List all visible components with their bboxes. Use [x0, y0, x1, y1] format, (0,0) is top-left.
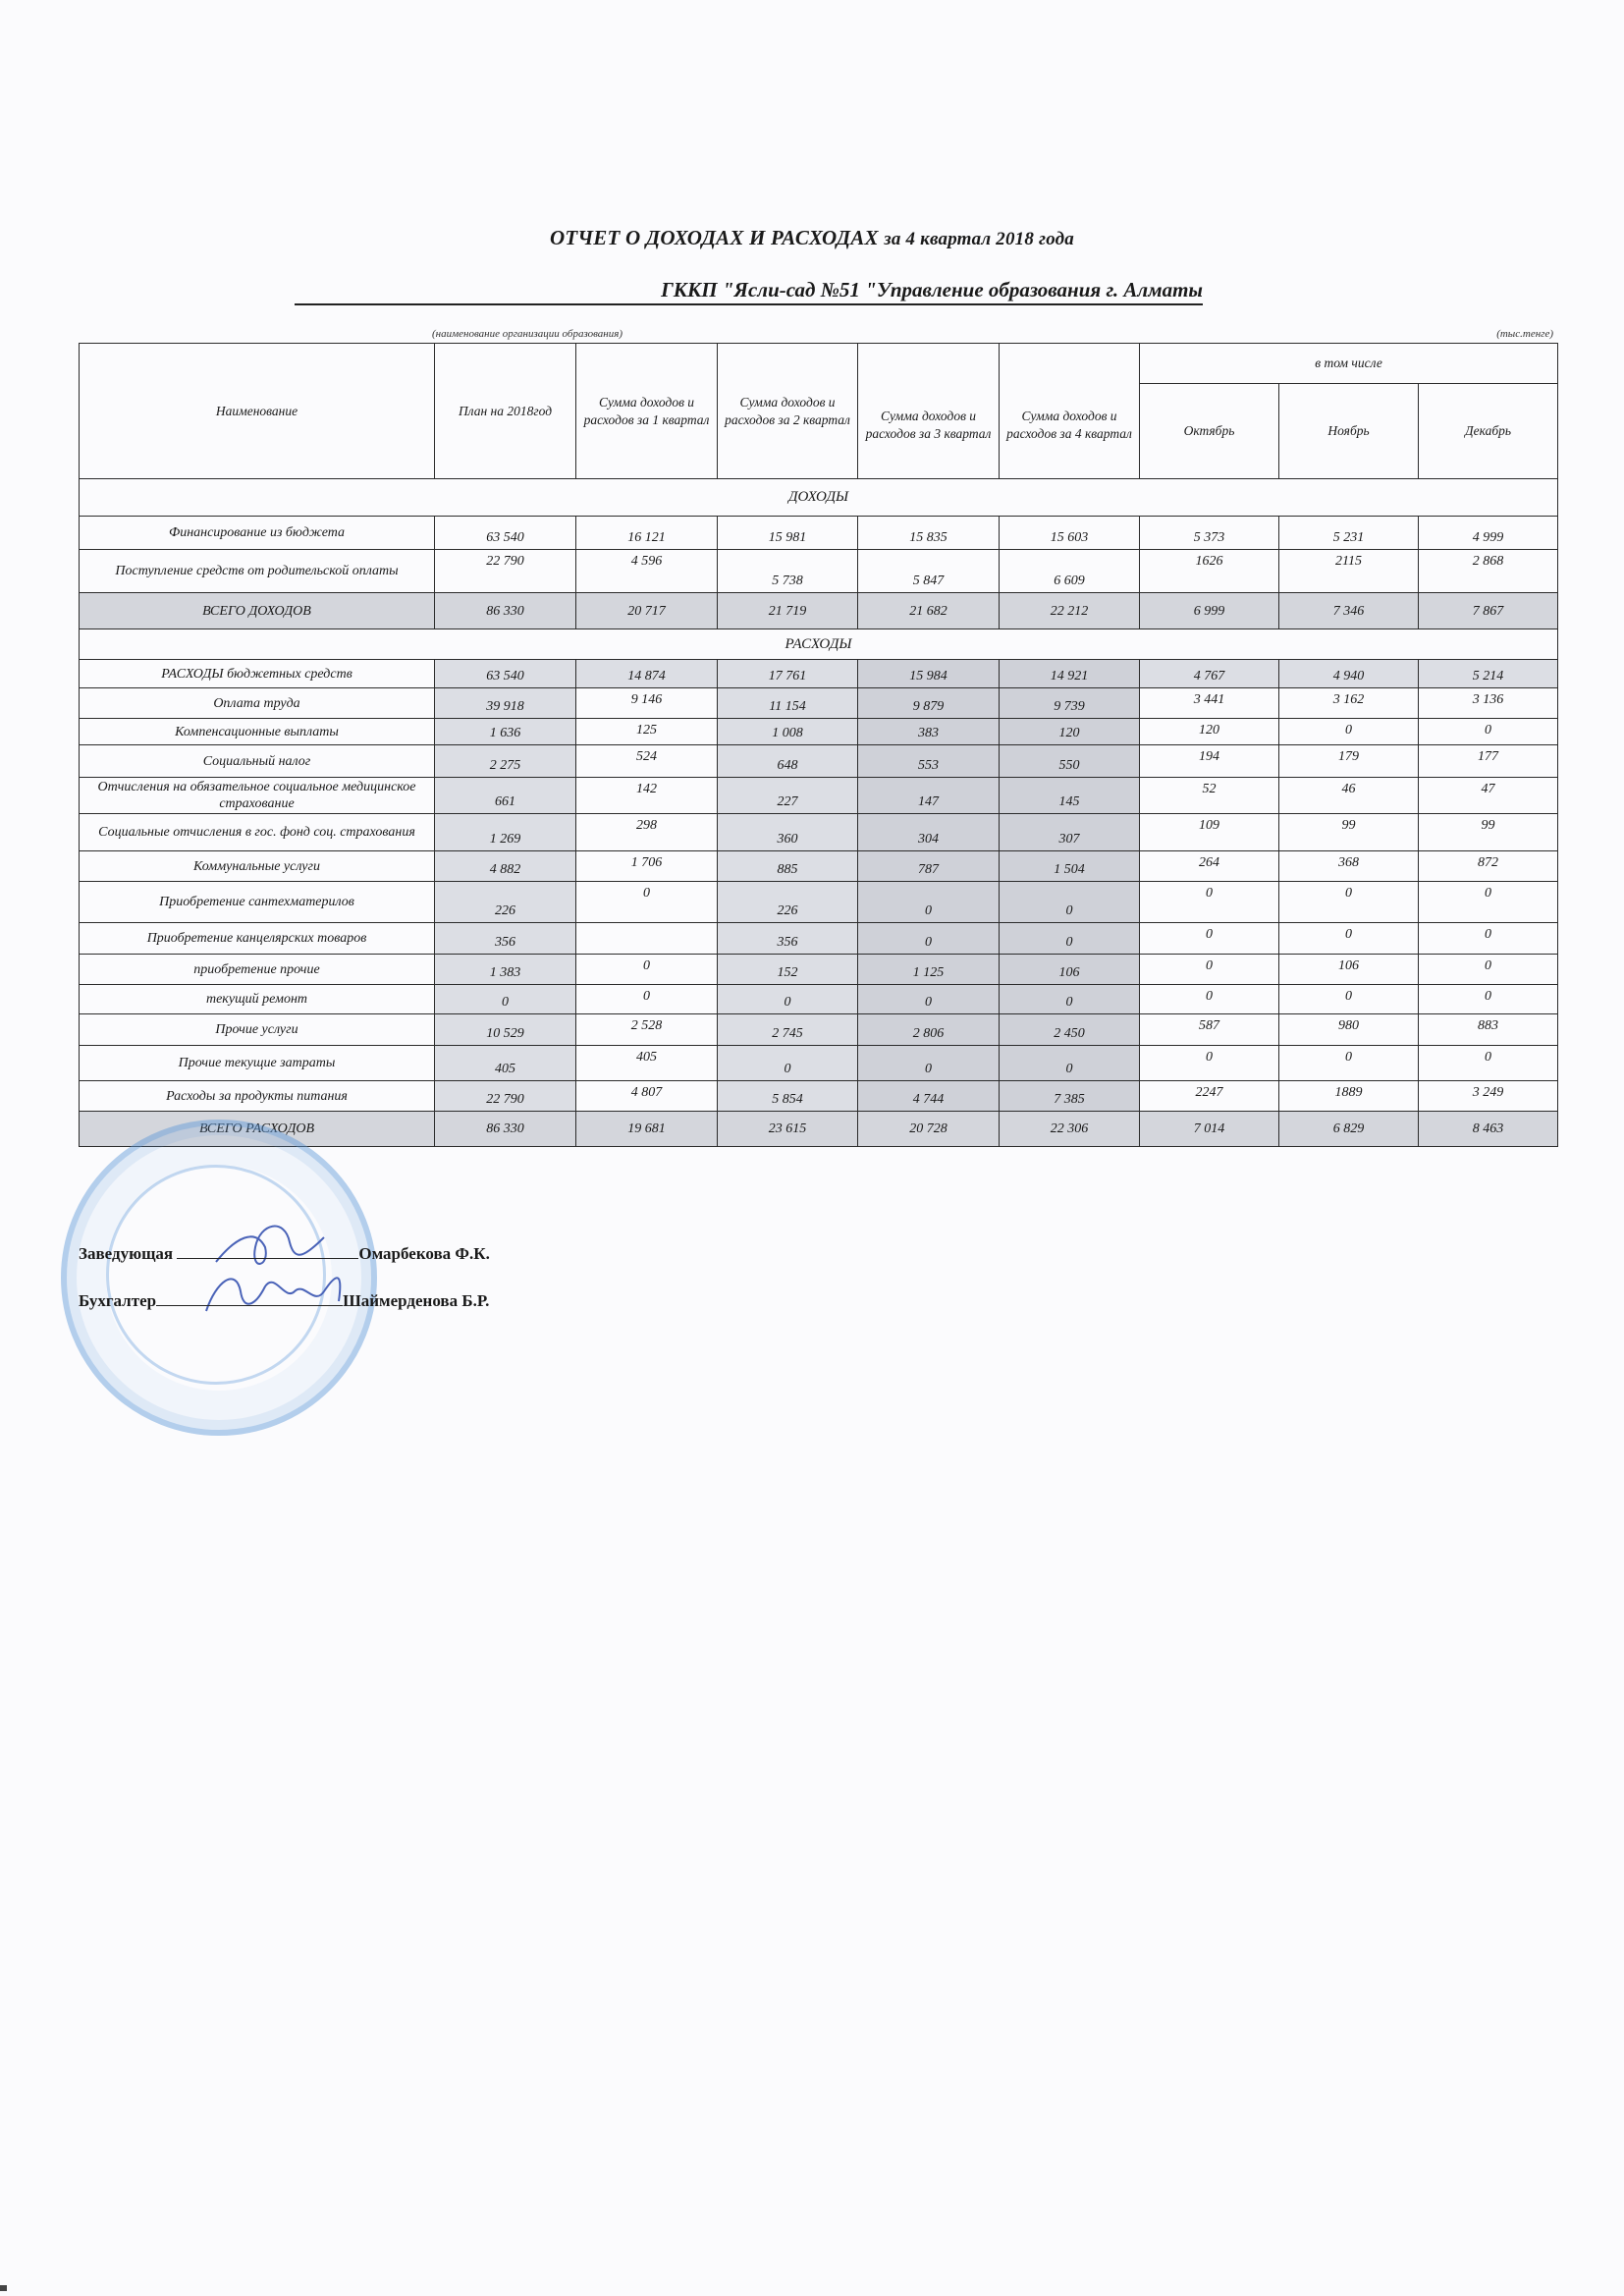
expense-row: Компенсационные выплаты1 6361251 0083831…: [80, 719, 1558, 745]
row-value: 1 008: [718, 719, 858, 745]
row-value: 1 125: [858, 955, 1000, 985]
row-value: 8 463: [1419, 1112, 1558, 1147]
row-value: 20 717: [576, 593, 718, 629]
row-value: 46: [1279, 778, 1419, 814]
row-value: 16 121: [576, 517, 718, 550]
row-value: 179: [1279, 745, 1419, 778]
row-value: 0: [858, 985, 1000, 1014]
organization-caption: (наименование организации образования): [432, 328, 623, 340]
row-value: 86 330: [435, 1112, 576, 1147]
row-value: 3 136: [1419, 688, 1558, 719]
row-value: 0: [718, 985, 858, 1014]
row-name: ВСЕГО РАСХОДОВ: [80, 1112, 435, 1147]
expense-row: Социальный налог2 2755246485535501941791…: [80, 745, 1558, 778]
row-value: 1626: [1140, 550, 1279, 593]
row-name: Компенсационные выплаты: [80, 719, 435, 745]
row-value: 1 636: [435, 719, 576, 745]
row-value: 980: [1279, 1014, 1419, 1046]
row-value: 23 615: [718, 1112, 858, 1147]
header-q1: Сумма доходов и расходов за 1 квартал: [576, 344, 718, 479]
row-value: 7 346: [1279, 593, 1419, 629]
row-value: 7 867: [1419, 593, 1558, 629]
header-name: Наименование: [80, 344, 435, 479]
row-value: 22 790: [435, 550, 576, 593]
row-value: 787: [858, 851, 1000, 882]
row-value: 4 807: [576, 1081, 718, 1112]
row-name: Прочие услуги: [80, 1014, 435, 1046]
row-value: 872: [1419, 851, 1558, 882]
row-name: Отчисления на обязательное социальное ме…: [80, 778, 435, 814]
row-value: 0: [1279, 923, 1419, 955]
expense-section-header-label: РАСХОДЫ: [80, 629, 1558, 660]
row-value: 5 738: [718, 550, 858, 593]
row-value: 0: [1419, 955, 1558, 985]
row-value: 5 854: [718, 1081, 858, 1112]
row-value: 63 540: [435, 517, 576, 550]
row-value: 524: [576, 745, 718, 778]
row-value: 3 249: [1419, 1081, 1558, 1112]
expense-row: текущий ремонт00000000: [80, 985, 1558, 1014]
row-value: 0: [1140, 923, 1279, 955]
row-value: 21 719: [718, 593, 858, 629]
row-name: приобретение прочие: [80, 955, 435, 985]
row-value: 6 999: [1140, 593, 1279, 629]
expense-row: Отчисления на обязательное социальное ме…: [80, 778, 1558, 814]
row-value: 9 879: [858, 688, 1000, 719]
round-seal-stamp-icon: [61, 1120, 377, 1436]
row-value: 648: [718, 745, 858, 778]
header-october: Октябрь: [1140, 384, 1279, 479]
row-value: 86 330: [435, 593, 576, 629]
row-value: 109: [1140, 814, 1279, 851]
row-value: 227: [718, 778, 858, 814]
expense-row: Приобретение канцелярских товаров3563560…: [80, 923, 1558, 955]
row-value: 405: [576, 1046, 718, 1081]
row-value: 15 835: [858, 517, 1000, 550]
income-section-header-label: ДОХОДЫ: [80, 479, 1558, 517]
row-value: 661: [435, 778, 576, 814]
row-value: 4 940: [1279, 660, 1419, 688]
row-value: 6 609: [1000, 550, 1140, 593]
row-value: 145: [1000, 778, 1140, 814]
row-value: 553: [858, 745, 1000, 778]
row-value: 0: [1000, 882, 1140, 923]
row-value: 2 275: [435, 745, 576, 778]
expense-row: Оплата труда39 9189 14611 1549 8799 7393…: [80, 688, 1558, 719]
income-section-header: ДОХОДЫ: [80, 479, 1558, 517]
row-value: 885: [718, 851, 858, 882]
row-value: 0: [858, 923, 1000, 955]
row-value: 360: [718, 814, 858, 851]
row-value: 47: [1419, 778, 1558, 814]
row-name: Прочие текущие затраты: [80, 1046, 435, 1081]
row-value: 106: [1000, 955, 1140, 985]
row-value: 0: [858, 882, 1000, 923]
row-value: 264: [1140, 851, 1279, 882]
header-q3: Сумма доходов и расходов за 3 квартал: [858, 344, 1000, 479]
row-value: 147: [858, 778, 1000, 814]
units-label: (тыс.тенге): [1496, 328, 1553, 340]
header-q4: Сумма доходов и расходов за 4 квартал: [1000, 344, 1140, 479]
row-value: 6 829: [1279, 1112, 1419, 1147]
row-value: 883: [1419, 1014, 1558, 1046]
row-value: 4 767: [1140, 660, 1279, 688]
income-row: Финансирование из бюджета63 54016 12115 …: [80, 517, 1558, 550]
row-value: 2 745: [718, 1014, 858, 1046]
row-name: Социальные отчисления в гос. фонд соц. с…: [80, 814, 435, 851]
row-value: 20 728: [858, 1112, 1000, 1147]
director-name: Омарбекова Ф.К.: [358, 1244, 489, 1263]
row-value: 22 212: [1000, 593, 1140, 629]
row-value: 0: [1419, 1046, 1558, 1081]
row-value: 52: [1140, 778, 1279, 814]
row-value: 142: [576, 778, 718, 814]
director-signature-line: Заведующая Омарбекова Ф.К.: [79, 1240, 490, 1264]
row-name: Поступление средств от родительской опла…: [80, 550, 435, 593]
report-title-text: ОТЧЕТ О ДОХОДАХ И РАСХОДАХ: [550, 226, 879, 249]
expense-row: Приобретение сантехматерилов226022600000: [80, 882, 1558, 923]
header-q2: Сумма доходов и расходов за 2 квартал: [718, 344, 858, 479]
organization-name: ГККП "Ясли-сад №51 "Управление образован…: [295, 278, 1203, 305]
expense-row: Коммунальные услуги4 8821 7068857871 504…: [80, 851, 1558, 882]
row-value: 2247: [1140, 1081, 1279, 1112]
row-value: 0: [576, 882, 718, 923]
row-value: 1889: [1279, 1081, 1419, 1112]
row-value: 5 231: [1279, 517, 1419, 550]
row-name: Приобретение сантехматерилов: [80, 882, 435, 923]
row-value: 383: [858, 719, 1000, 745]
expense-row: приобретение прочие1 38301521 1251060106…: [80, 955, 1558, 985]
row-value: 550: [1000, 745, 1140, 778]
row-value: 298: [576, 814, 718, 851]
row-value: 0: [1000, 985, 1140, 1014]
row-value: 11 154: [718, 688, 858, 719]
accountant-name: Шаймерденова Б.Р.: [343, 1291, 489, 1310]
accountant-role: Бухгалтер: [79, 1291, 156, 1310]
row-value: 2 528: [576, 1014, 718, 1046]
row-value: 2 806: [858, 1014, 1000, 1046]
header-november: Ноябрь: [1279, 384, 1419, 479]
row-value: 120: [1000, 719, 1140, 745]
row-value: 356: [435, 923, 576, 955]
row-value: 15 603: [1000, 517, 1140, 550]
row-value: 0: [718, 1046, 858, 1081]
row-value: 356: [718, 923, 858, 955]
row-value: 0: [1279, 985, 1419, 1014]
row-value: 368: [1279, 851, 1419, 882]
row-value: 63 540: [435, 660, 576, 688]
row-name: Финансирование из бюджета: [80, 517, 435, 550]
expense-row: Расходы за продукты питания22 7904 8075 …: [80, 1081, 1558, 1112]
row-value: 1 269: [435, 814, 576, 851]
row-value: 22 306: [1000, 1112, 1140, 1147]
row-value: 0: [1419, 923, 1558, 955]
row-value: 0: [1000, 1046, 1140, 1081]
row-value: 4 596: [576, 550, 718, 593]
row-value: 3 441: [1140, 688, 1279, 719]
income-row: Поступление средств от родительской опла…: [80, 550, 1558, 593]
row-value: 99: [1419, 814, 1558, 851]
row-value: 15 981: [718, 517, 858, 550]
scan-edge-mark: [0, 2285, 7, 2291]
row-value: 587: [1140, 1014, 1279, 1046]
row-value: 120: [1140, 719, 1279, 745]
row-value: 1 504: [1000, 851, 1140, 882]
row-value: 0: [435, 985, 576, 1014]
row-value: 2 450: [1000, 1014, 1140, 1046]
row-value: 405: [435, 1046, 576, 1081]
row-value: 2 868: [1419, 550, 1558, 593]
row-value: 304: [858, 814, 1000, 851]
row-name: ВСЕГО ДОХОДОВ: [80, 593, 435, 629]
row-value: 1 383: [435, 955, 576, 985]
row-value: 0: [1419, 882, 1558, 923]
report-title: ОТЧЕТ О ДОХОДАХ И РАСХОДАХ за 4 квартал …: [0, 226, 1624, 250]
row-name: РАСХОДЫ бюджетных средств: [80, 660, 435, 688]
row-value: 0: [1140, 1046, 1279, 1081]
row-value: 0: [1419, 719, 1558, 745]
row-value: 5 214: [1419, 660, 1558, 688]
row-value: 19 681: [576, 1112, 718, 1147]
row-value: 15 984: [858, 660, 1000, 688]
row-value: 0: [576, 955, 718, 985]
row-value: 0: [1419, 985, 1558, 1014]
row-value: 1 706: [576, 851, 718, 882]
row-value: 21 682: [858, 593, 1000, 629]
row-name: Оплата труда: [80, 688, 435, 719]
row-value: 5 847: [858, 550, 1000, 593]
row-name: Социальный налог: [80, 745, 435, 778]
row-value: 0: [1279, 719, 1419, 745]
expense-row: Прочие текущие затраты405405000000: [80, 1046, 1558, 1081]
row-value: 2115: [1279, 550, 1419, 593]
row-value: 0: [1000, 923, 1140, 955]
row-value: 0: [1140, 985, 1279, 1014]
header-december: Декабрь: [1419, 384, 1558, 479]
income-expense-table: Наименование План на 2018год Сумма доход…: [79, 343, 1558, 1147]
row-value: 9 146: [576, 688, 718, 719]
row-value: 226: [718, 882, 858, 923]
row-value: 4 999: [1419, 517, 1558, 550]
row-value: 17 761: [718, 660, 858, 688]
row-value: 0: [1279, 882, 1419, 923]
row-value: 4 882: [435, 851, 576, 882]
header-including: в том числе: [1140, 344, 1558, 384]
expense-row: РАСХОДЫ бюджетных средств63 54014 87417 …: [80, 660, 1558, 688]
row-value: 7 385: [1000, 1081, 1140, 1112]
row-name: Приобретение канцелярских товаров: [80, 923, 435, 955]
expense-row: Социальные отчисления в гос. фонд соц. с…: [80, 814, 1558, 851]
row-value: 5 373: [1140, 517, 1279, 550]
income-total-row: ВСЕГО ДОХОДОВ86 33020 71721 71921 68222 …: [80, 593, 1558, 629]
row-value: 307: [1000, 814, 1140, 851]
expense-section-header: РАСХОДЫ: [80, 629, 1558, 660]
row-value: 177: [1419, 745, 1558, 778]
row-value: 0: [1140, 955, 1279, 985]
row-value: 22 790: [435, 1081, 576, 1112]
director-role: Заведующая: [79, 1244, 173, 1263]
row-value: [576, 923, 718, 955]
row-value: 3 162: [1279, 688, 1419, 719]
row-name: текущий ремонт: [80, 985, 435, 1014]
report-period: за 4 квартал 2018 года: [884, 229, 1074, 249]
row-value: 226: [435, 882, 576, 923]
row-value: 10 529: [435, 1014, 576, 1046]
row-value: 39 918: [435, 688, 576, 719]
row-value: 125: [576, 719, 718, 745]
expense-total-row: ВСЕГО РАСХОДОВ86 33019 68123 61520 72822…: [80, 1112, 1558, 1147]
row-name: Коммунальные услуги: [80, 851, 435, 882]
row-value: 0: [1140, 882, 1279, 923]
row-value: 0: [1279, 1046, 1419, 1081]
header-plan: План на 2018год: [435, 344, 576, 479]
row-value: 14 921: [1000, 660, 1140, 688]
row-value: 99: [1279, 814, 1419, 851]
row-value: 7 014: [1140, 1112, 1279, 1147]
row-value: 4 744: [858, 1081, 1000, 1112]
expense-row: Прочие услуги10 5292 5282 7452 8062 4505…: [80, 1014, 1558, 1046]
row-value: 106: [1279, 955, 1419, 985]
row-value: 152: [718, 955, 858, 985]
row-name: Расходы за продукты питания: [80, 1081, 435, 1112]
row-value: 194: [1140, 745, 1279, 778]
row-value: 0: [576, 985, 718, 1014]
row-value: 14 874: [576, 660, 718, 688]
row-value: 9 739: [1000, 688, 1140, 719]
accountant-signature-line: БухгалтерШаймерденова Б.Р.: [79, 1287, 489, 1311]
row-value: 0: [858, 1046, 1000, 1081]
